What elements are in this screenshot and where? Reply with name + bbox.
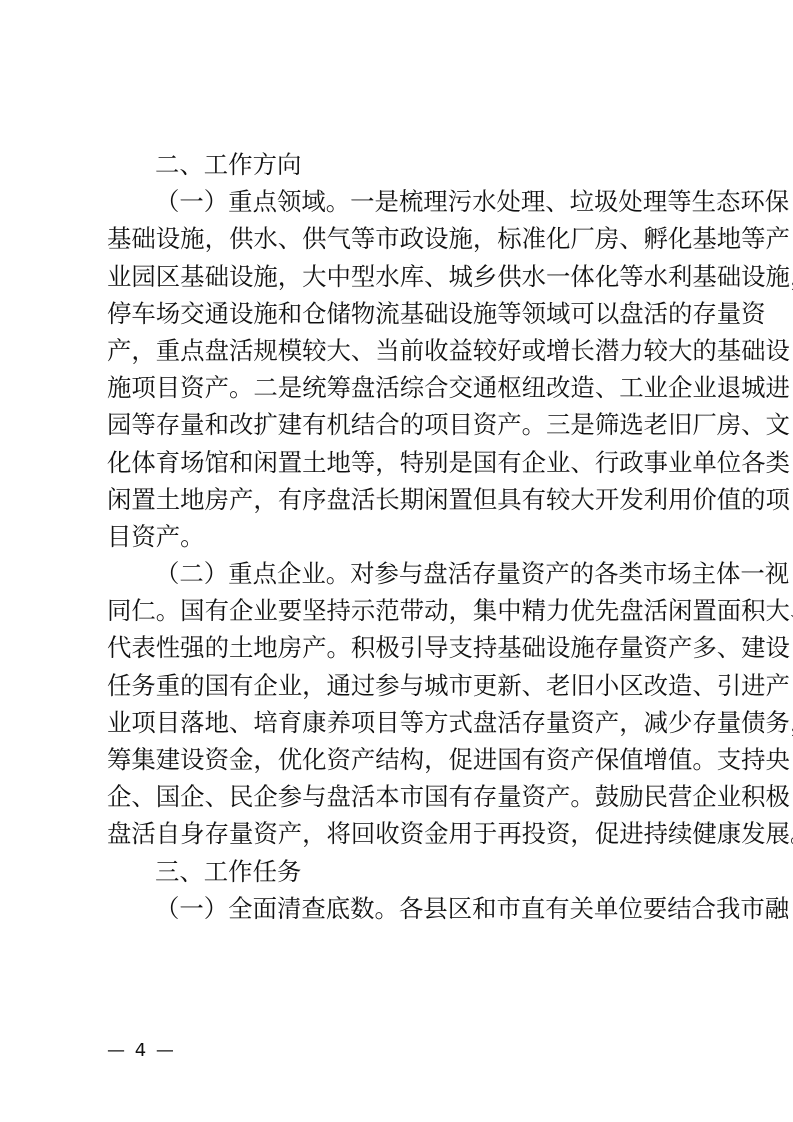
paragraph-line: 企、国企、民企参与盘活本市国有存量资产。鼓励民营企业积极 bbox=[107, 778, 697, 815]
paragraph-line: 代表性强的土地房产。积极引导支持基础设施存量资产多、建设 bbox=[107, 629, 697, 666]
paragraph-line: 停车场交通设施和仓储物流基础设施等领域可以盘活的存量资 bbox=[107, 295, 697, 332]
section-heading: 二、工作方向 bbox=[107, 146, 697, 183]
paragraph-line: 基础设施，供水、供气等市政设施，标准化厂房、孵化基地等产 bbox=[107, 220, 697, 257]
paragraph-line: 盘活自身存量资产，将回收资金用于再投资，促进持续健康发展。 bbox=[107, 815, 697, 852]
paragraph-line: 同仁。国有企业要坚持示范带动，集中精力优先盘活闲置面积大、 bbox=[107, 592, 697, 629]
paragraph-line: 目资产。 bbox=[107, 518, 697, 555]
paragraph-line: 任务重的国有企业，通过参与城市更新、老旧小区改造、引进产 bbox=[107, 667, 697, 704]
paragraph-line: （一）全面清查底数。各县区和市直有关单位要结合我市融 bbox=[107, 890, 697, 927]
paragraph-line: 施项目资产。二是统筹盘活综合交通枢纽改造、工业企业退城进 bbox=[107, 369, 697, 406]
paragraph-line: 业项目落地、培育康养项目等方式盘活存量资产，减少存量债务， bbox=[107, 704, 697, 741]
paragraph-line: 产，重点盘活规模较大、当前收益较好或增长潜力较大的基础设 bbox=[107, 332, 697, 369]
section-heading: 三、工作任务 bbox=[107, 853, 697, 890]
paragraph-line: 筹集建设资金，优化资产结构，促进国有资产保值增值。支持央 bbox=[107, 741, 697, 778]
paragraph-line: （一）重点领域。一是梳理污水处理、垃圾处理等生态环保 bbox=[107, 183, 697, 220]
page-number: — 4 — bbox=[107, 1040, 176, 1061]
paragraph-line: 闲置土地房产，有序盘活长期闲置但具有较大开发利用价值的项 bbox=[107, 481, 697, 518]
paragraph-line: 园等存量和改扩建有机结合的项目资产。三是筛选老旧厂房、文 bbox=[107, 406, 697, 443]
paragraph-line: 业园区基础设施，大中型水库、城乡供水一体化等水利基础设施， bbox=[107, 258, 697, 295]
paragraph-line: 化体育场馆和闲置土地等，特别是国有企业、行政事业单位各类 bbox=[107, 444, 697, 481]
document-page: 二、工作方向 （一）重点领域。一是梳理污水处理、垃圾处理等生态环保 基础设施，供… bbox=[107, 146, 697, 927]
paragraph-line: （二）重点企业。对参与盘活存量资产的各类市场主体一视 bbox=[107, 555, 697, 592]
